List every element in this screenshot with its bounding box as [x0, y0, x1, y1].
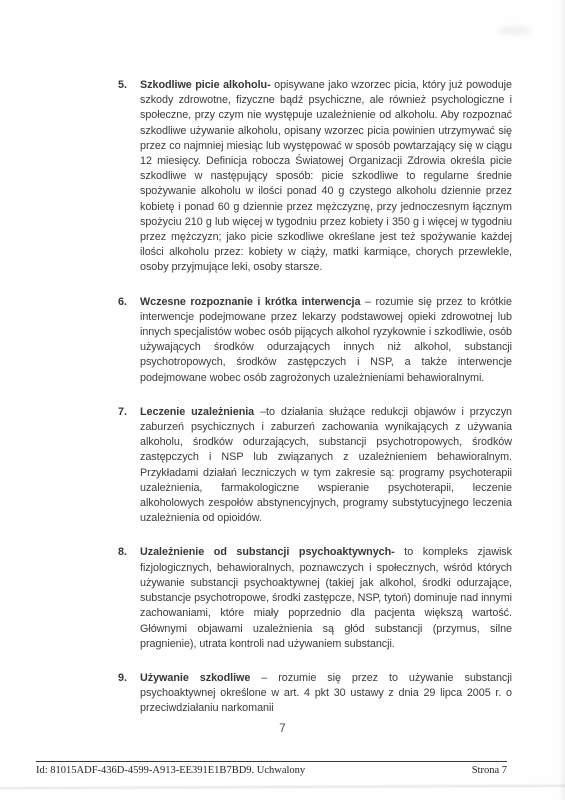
- page-number: 7: [0, 723, 565, 735]
- list-item-number: 7.: [118, 405, 140, 527]
- list-item-6: 6. Wczesne rozpoznanie i krótka interwen…: [118, 295, 512, 386]
- list-item-number: 5.: [118, 78, 140, 276]
- paragraph-heading: Używanie szkodliwe: [140, 672, 250, 684]
- list-item-number: 8.: [118, 545, 140, 651]
- document-id-text: Id: 81015ADF-436D-4599-A913-EE391E1B7BD9…: [36, 765, 305, 776]
- list-item-9: 9. Używanie szkodliwe – rozumie się prze…: [118, 671, 512, 717]
- scanned-document-page: 5. Szkodliwe picie alkoholu- opisywane j…: [0, 0, 565, 800]
- paragraph-body: – rozumie się przez to krótkie interwenc…: [140, 296, 512, 384]
- paragraph-text: Leczenie uzależnienia –to działania służ…: [140, 405, 512, 527]
- paragraph-text: Wczesne rozpoznanie i krótka interwencja…: [140, 295, 512, 386]
- list-item-5: 5. Szkodliwe picie alkoholu- opisywane j…: [118, 78, 512, 276]
- list-item-7: 7. Leczenie uzależnienia –to działania s…: [118, 405, 512, 527]
- footer: Id: 81015ADF-436D-4599-A913-EE391E1B7BD9…: [36, 765, 507, 776]
- paragraph-body: to kompleks zjawisk fizjologicznych, beh…: [140, 546, 512, 649]
- paragraph-text: Używanie szkodliwe – rozumie się przez t…: [140, 671, 512, 717]
- list-item-number: 9.: [118, 671, 140, 717]
- paragraph-heading: Wczesne rozpoznanie i krótka interwencja: [140, 296, 360, 308]
- scan-crease-artifact: [0, 785, 565, 790]
- scan-edge-shadow: [558, 0, 565, 800]
- paragraph-body: opisywane jako wzorzec picia, który już …: [140, 79, 512, 273]
- list-item-number: 6.: [118, 295, 140, 386]
- document-body: 5. Szkodliwe picie alkoholu- opisywane j…: [118, 78, 512, 736]
- paragraph-text: Szkodliwe picie alkoholu- opisywane jako…: [140, 78, 512, 276]
- paragraph-body: –to działania służące redukcji objawów i…: [140, 406, 512, 524]
- footer-divider: [36, 761, 507, 762]
- list-item-8: 8. Uzależnienie od substancji psychoakty…: [118, 545, 512, 651]
- paragraph-text: Uzależnienie od substancji psychoaktywny…: [140, 545, 512, 651]
- scan-smudge-artifact: [498, 26, 532, 35]
- footer-page-label: Strona 7: [472, 765, 507, 776]
- paragraph-heading: Szkodliwe picie alkoholu-: [140, 79, 271, 91]
- paragraph-heading: Leczenie uzależnienia: [140, 406, 254, 418]
- paragraph-heading: Uzależnienie od substancji psychoaktywny…: [140, 546, 395, 558]
